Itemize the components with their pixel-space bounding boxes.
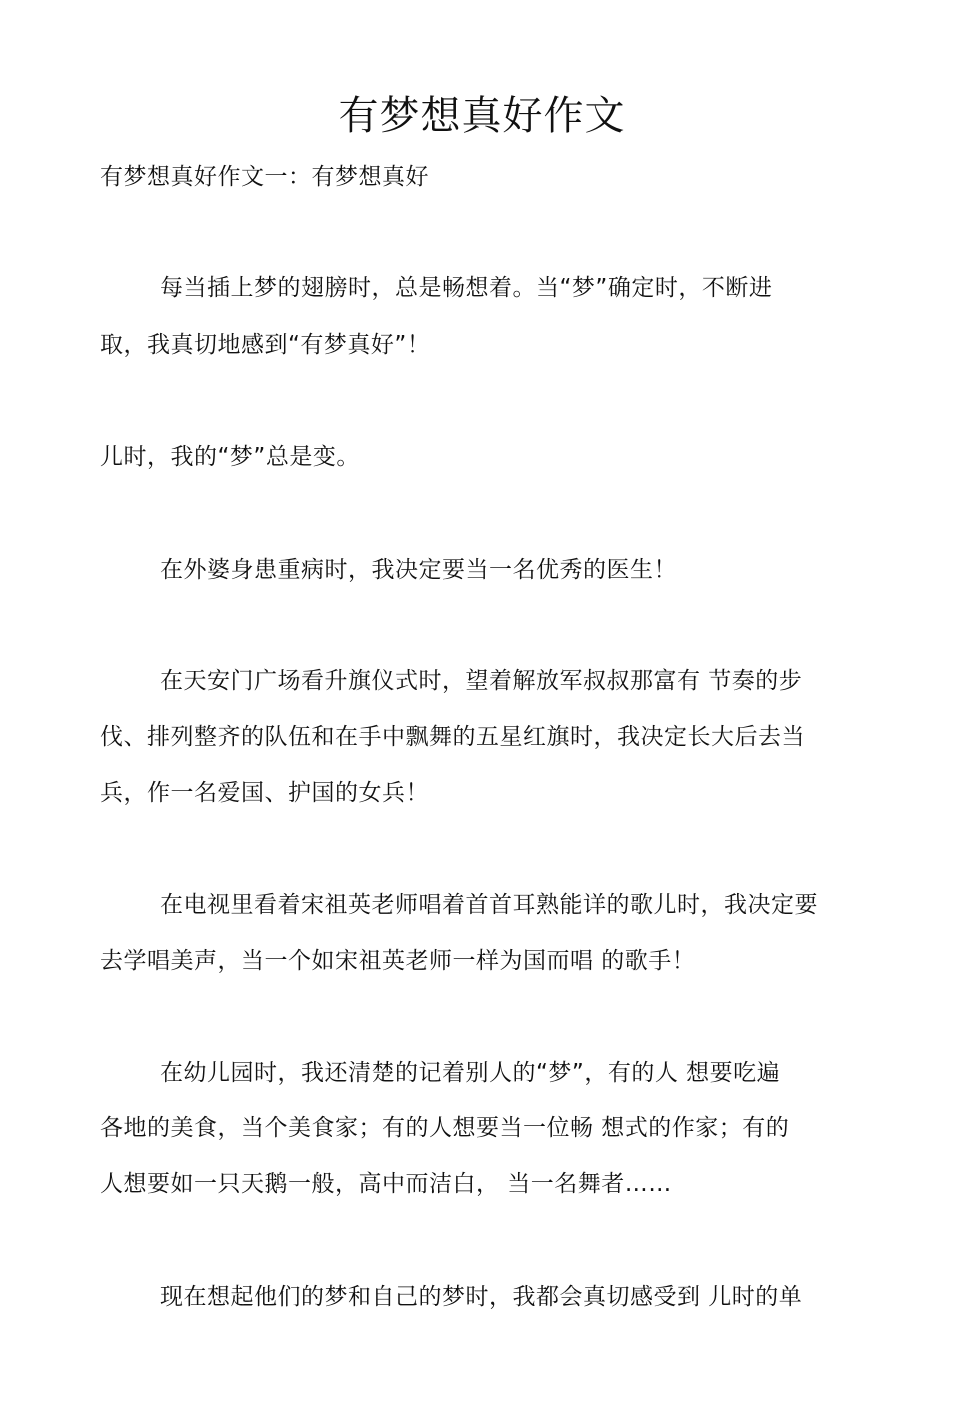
paragraph-line: 兵，作一名爱国、护国的女兵！	[100, 778, 429, 808]
paragraph-line: 每当插上梦的翅膀时，总是畅想着。当“梦”确定时，不断进	[160, 273, 772, 303]
paragraph-line: 儿时，我的“梦”总是变。	[100, 442, 360, 472]
paragraph-line: 在天安门广场看升旗仪式时，望着解放军叔叔那富有 节奏的步	[160, 666, 802, 696]
document-page: 有梦想真好作文 有梦想真好作文一：有梦想真好 每当插上梦的翅膀时，总是畅想着。当…	[0, 0, 964, 1426]
paragraph-line: 取，我真切地感到“有梦真好”！	[100, 330, 430, 360]
paragraph-line: 在幼儿园时，我还清楚的记着别人的“梦”，有的人 想要吃遍	[160, 1058, 780, 1088]
paragraph-line: 人想要如一只天鹅一般，高中而洁白， 当一名舞者……	[100, 1169, 672, 1199]
paragraph-line: 在电视里看着宋祖英老师唱着首首耳熟能详的歌儿时，我决定要	[160, 890, 818, 920]
paragraph-line: 伐、排列整齐的队伍和在手中飘舞的五星红旗时，我决定长大后去当	[100, 722, 805, 752]
paragraph-line: 现在想起他们的梦和自己的梦时，我都会真切感受到 儿时的单	[160, 1282, 802, 1312]
document-title: 有梦想真好作文	[0, 88, 964, 144]
paragraph-line: 各地的美食，当个美食家；有的人想要当一位畅 想式的作家；有的	[100, 1113, 789, 1143]
paragraph-line: 在外婆身患重病时，我决定要当一名优秀的医生！	[160, 555, 677, 585]
paragraph-line: 去学唱美声，当一个如宋祖英老师一样为国而唱 的歌手！	[100, 946, 695, 976]
document-subtitle: 有梦想真好作文一：有梦想真好	[100, 162, 429, 192]
